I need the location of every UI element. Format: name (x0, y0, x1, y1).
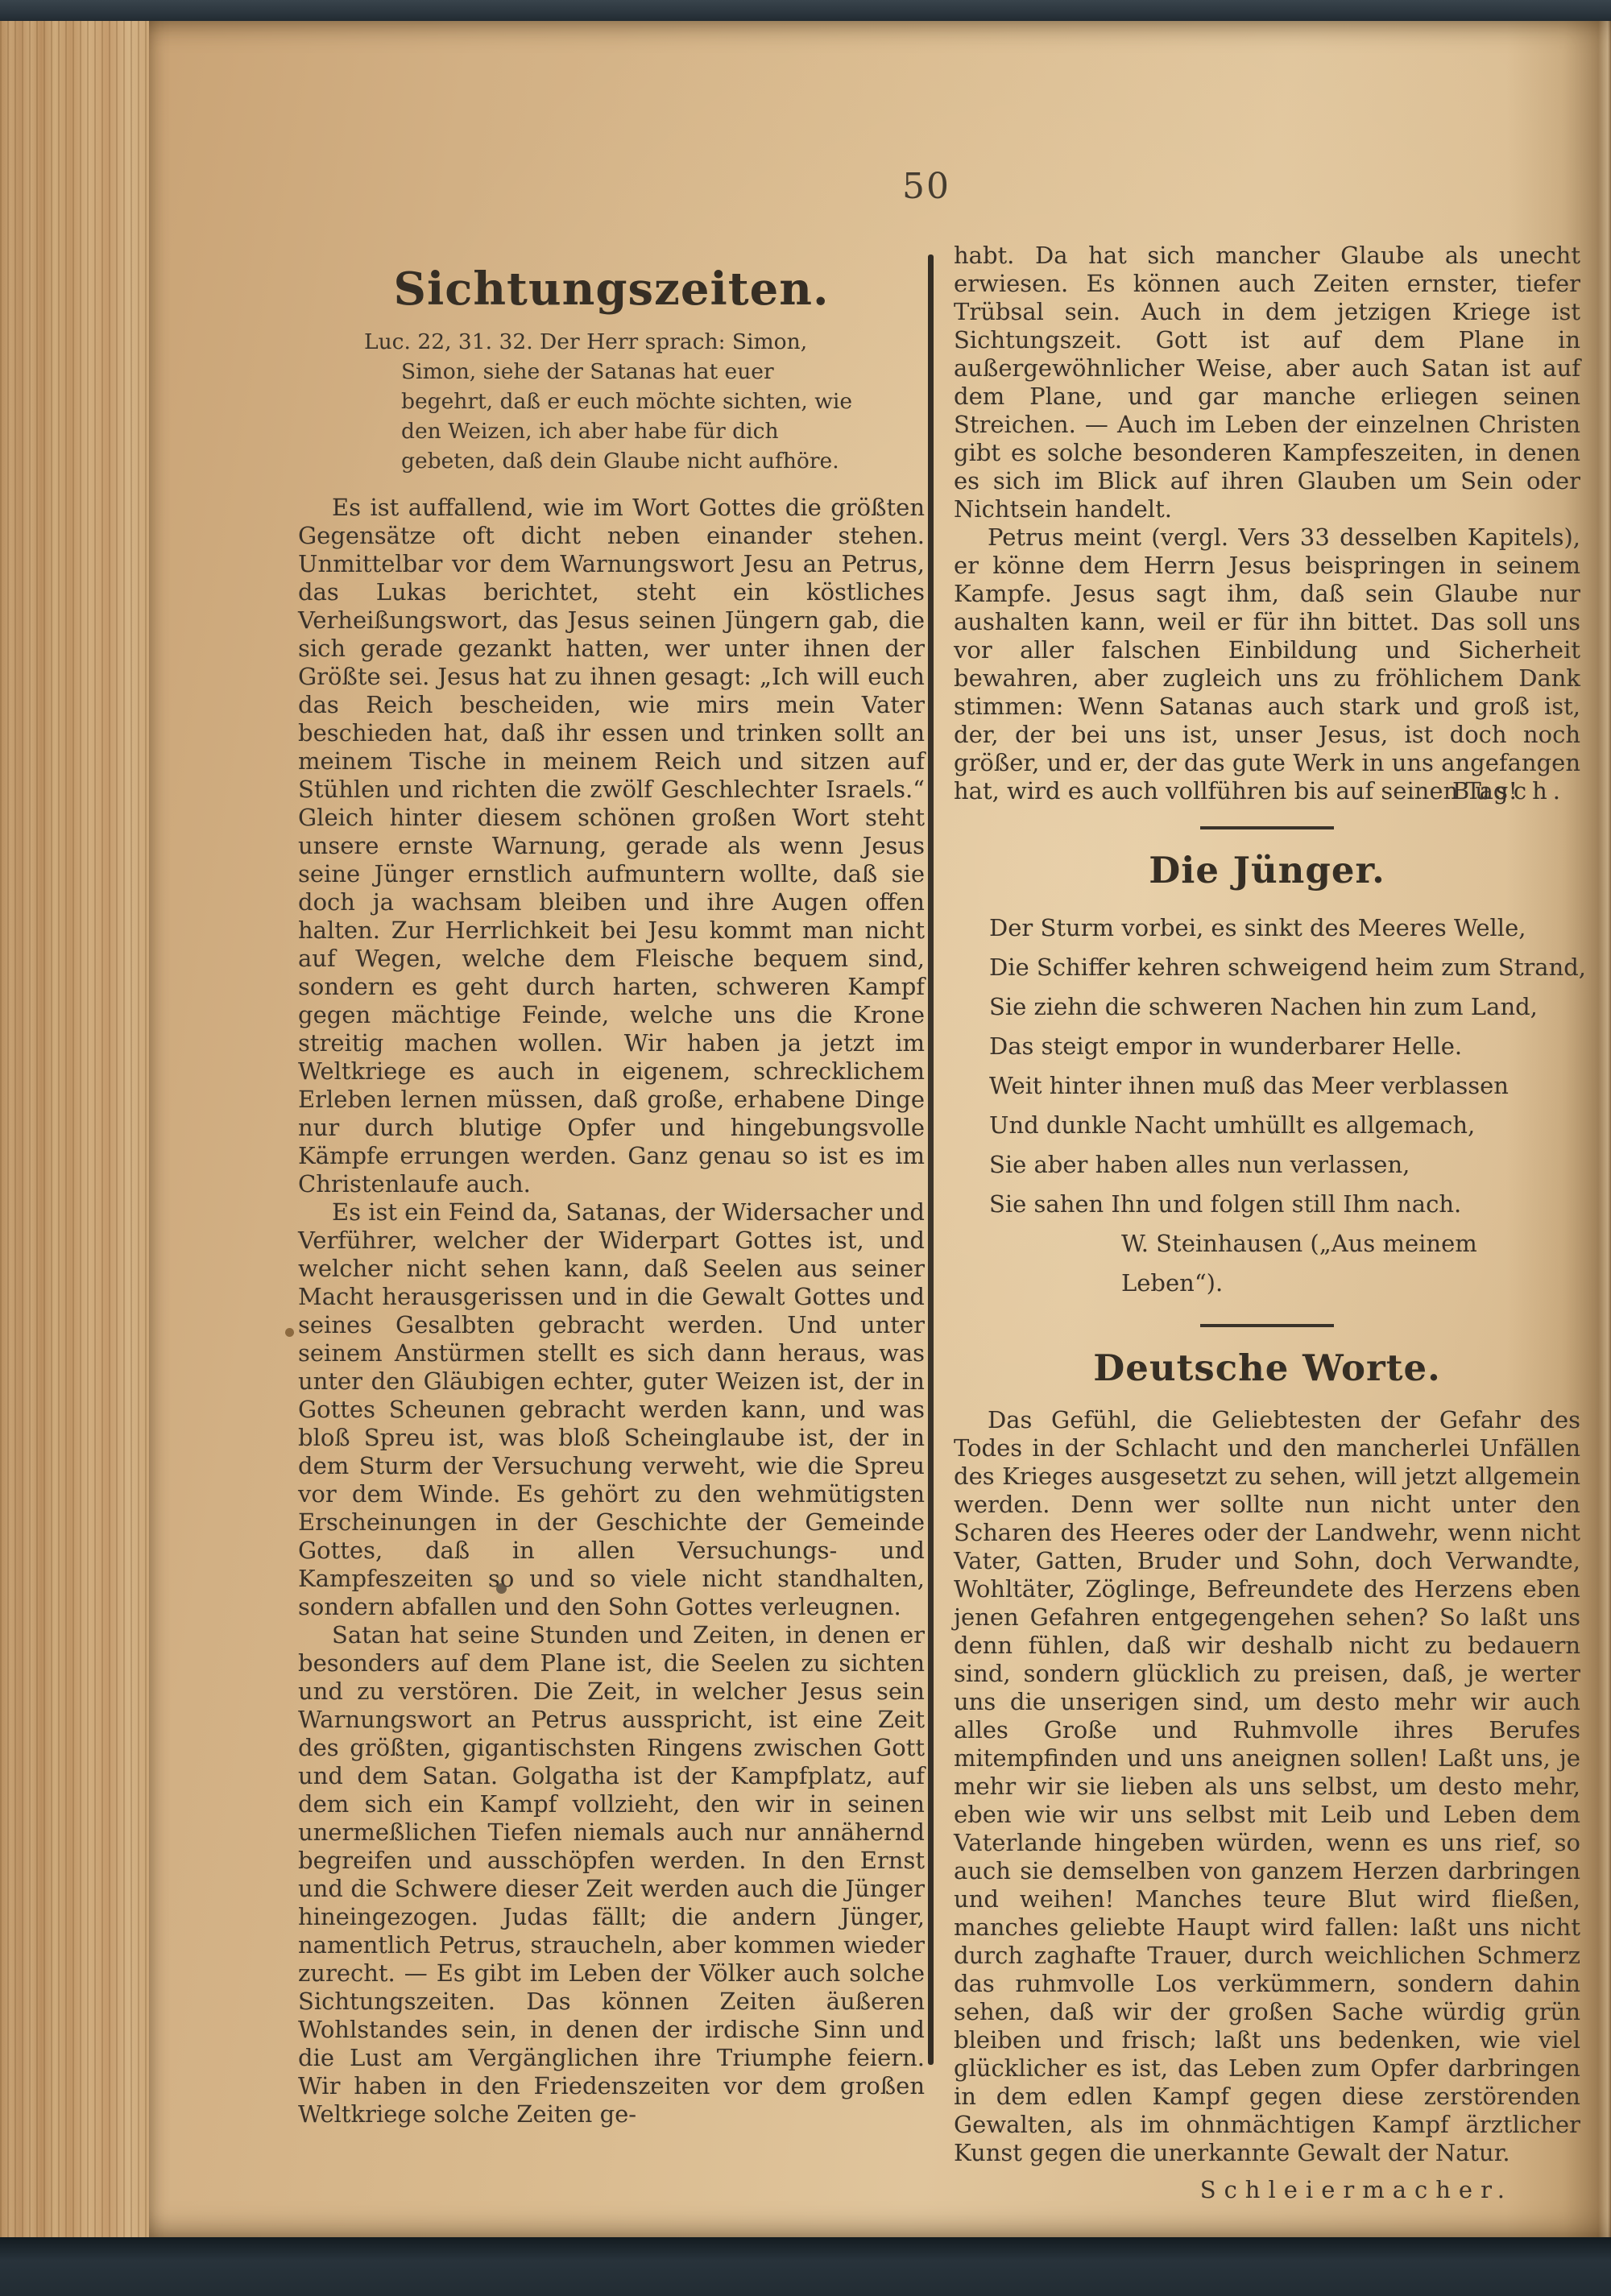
paragraph: Es ist auffallend, wie im Wort Gottes di… (298, 494, 925, 1198)
paragraph: Es ist ein Feind da, Satanas, der Widers… (298, 1198, 925, 1621)
scripture-epigraph: Luc. 22, 31. 32. Der Herr sprach: Simon,… (298, 327, 925, 476)
page-number: 50 (854, 166, 999, 207)
poem-line: Sie aber haben alles nun verlassen, (989, 1145, 1580, 1185)
poem-line: Sie ziehn die schweren Nachen hin zum La… (989, 987, 1580, 1027)
poem-line: Die Schiffer kehren schweigend heim zum … (989, 948, 1580, 987)
paragraph-continuation: habt. Da hat sich mancher Glaube als une… (954, 242, 1580, 523)
section-separator-rule (1200, 826, 1334, 829)
poem-line: Das steigt empor in wunderbarer Helle. (989, 1027, 1580, 1066)
words-section-title: Deutsche Worte. (954, 1347, 1580, 1390)
poem-line: Sie sahen Ihn und folgen still Ihm nach. (989, 1185, 1580, 1224)
article-title: Sichtungszeiten. (298, 264, 925, 314)
poem-attribution: W. Steinhausen („Aus meinem Leben“). (1121, 1224, 1580, 1303)
poem-section-title: Die Jünger. (954, 849, 1580, 892)
poem-line: Weit hinter ihnen muß das Meer verblasse… (989, 1066, 1580, 1106)
ink-spot-artifact (285, 1328, 294, 1337)
poem: Der Sturm vorbei, es sinkt des Meeres We… (989, 908, 1580, 1224)
scanned-book-page-photo: 50 Sichtungszeiten. Luc. 22, 31. 32. Der… (0, 0, 1611, 2296)
poem-line: Der Sturm vorbei, es sinkt des Meeres We… (989, 908, 1580, 948)
paragraph: Das Gefühl, die Geliebtesten der Gefahr … (954, 1406, 1580, 2167)
poem-line: Und dunkle Nacht umhüllt es allgemach, (989, 1106, 1580, 1145)
column-divider-rule (928, 254, 934, 2065)
right-column: habt. Da hat sich mancher Glaube als une… (954, 242, 1580, 2206)
section-separator-rule (1200, 1324, 1334, 1327)
left-column: Sichtungszeiten. Luc. 22, 31. 32. Der He… (298, 250, 925, 2128)
page-edge-stack (0, 21, 153, 2240)
book-binding-bottom (0, 2237, 1611, 2296)
ink-spot-artifact (496, 1583, 507, 1594)
paragraph: Satan hat seine Stunden und Zeiten, in d… (298, 1621, 925, 2128)
paragraph: Petrus meint (vergl. Vers 33 desselben K… (954, 523, 1580, 805)
author-signature-schleiermacher: Schleiermacher. (954, 2174, 1580, 2206)
